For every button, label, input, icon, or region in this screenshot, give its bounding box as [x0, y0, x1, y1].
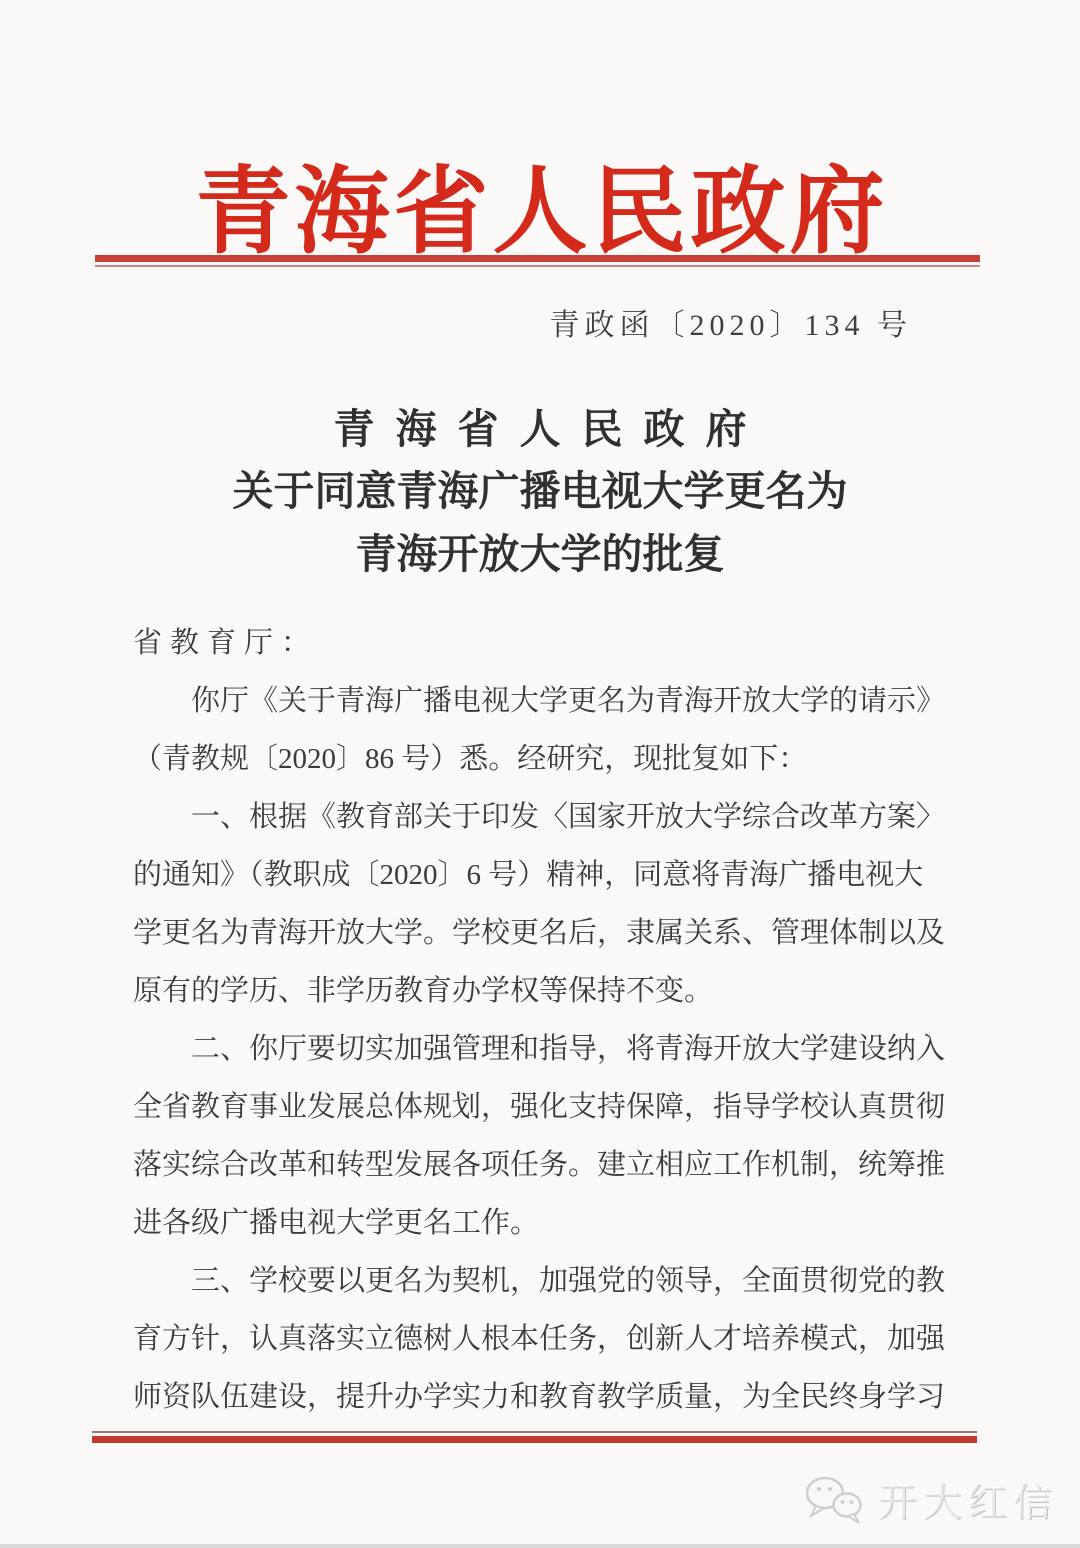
divider-thin-line [95, 265, 980, 267]
divider-thick-line [95, 255, 980, 262]
body-line-13: 师资队伍建设，提升办学实力和教育教学质量，为全民终身学习 [133, 1368, 947, 1426]
body-line-4: 的通知》（教职成〔2020〕6 号）精神，同意将青海广播电视大 [133, 846, 947, 904]
body-line-1: 你厅《关于青海广播电视大学更名为青海开放大学的请示》 [133, 672, 947, 730]
watermark: 开大红信 [802, 1472, 1058, 1528]
document-number: 青政函〔2020〕134 号 [550, 300, 913, 344]
letterhead-divider [95, 255, 980, 267]
body-line-11: 三、学校要以更名为契机，加强党的领导，全面贯彻党的教 [133, 1252, 947, 1310]
document-title: 青海省人民政府 关于同意青海广播电视大学更名为 青海开放大学的批复 [0, 398, 1080, 586]
body-line-5: 学更名为青海开放大学。学校更名后，隶属关系、管理体制以及 [133, 904, 947, 962]
document-body: 省教育厅： 你厅《关于青海广播电视大学更名为青海开放大学的请示》 （青教规〔20… [133, 614, 947, 1426]
body-line-8: 全省教育事业发展总体规划，强化支持保障，指导学校认真贯彻 [133, 1078, 947, 1136]
scan-bottom-edge [0, 1544, 1080, 1548]
body-line-3: 一、根据《教育部关于印发〈国家开放大学综合改革方案〉 [133, 788, 947, 846]
body-line-2: （青教规〔2020〕86 号）悉。经研究，现批复如下： [133, 730, 947, 788]
title-line-2: 关于同意青海广播电视大学更名为 [0, 460, 1080, 523]
document-page: 青海省人民政府 青政函〔2020〕134 号 青海省人民政府 关于同意青海广播电… [0, 0, 1080, 1548]
salutation: 省教育厅： [133, 614, 947, 672]
body-line-6: 原有的学历、非学历教育办学权等保持不变。 [133, 962, 947, 1020]
letterhead-org-name: 青海省人民政府 [0, 136, 1080, 272]
body-line-9: 落实综合改革和转型发展各项任务。建立相应工作机制，统筹推 [133, 1136, 947, 1194]
wechat-icon [802, 1473, 868, 1527]
watermark-label: 开大红信 [878, 1472, 1058, 1528]
title-line-1: 青海省人民政府 [0, 398, 1080, 460]
body-line-7: 二、你厅要切实加强管理和指导，将青海开放大学建设纳入 [133, 1020, 947, 1078]
footer-divider [92, 1431, 977, 1443]
body-line-10: 进各级广播电视大学更名工作。 [133, 1194, 947, 1252]
footer-divider-thick-line [92, 1436, 977, 1443]
title-line-3: 青海开放大学的批复 [0, 523, 1080, 586]
body-line-12: 育方针，认真落实立德树人根本任务，创新人才培养模式，加强 [133, 1310, 947, 1368]
